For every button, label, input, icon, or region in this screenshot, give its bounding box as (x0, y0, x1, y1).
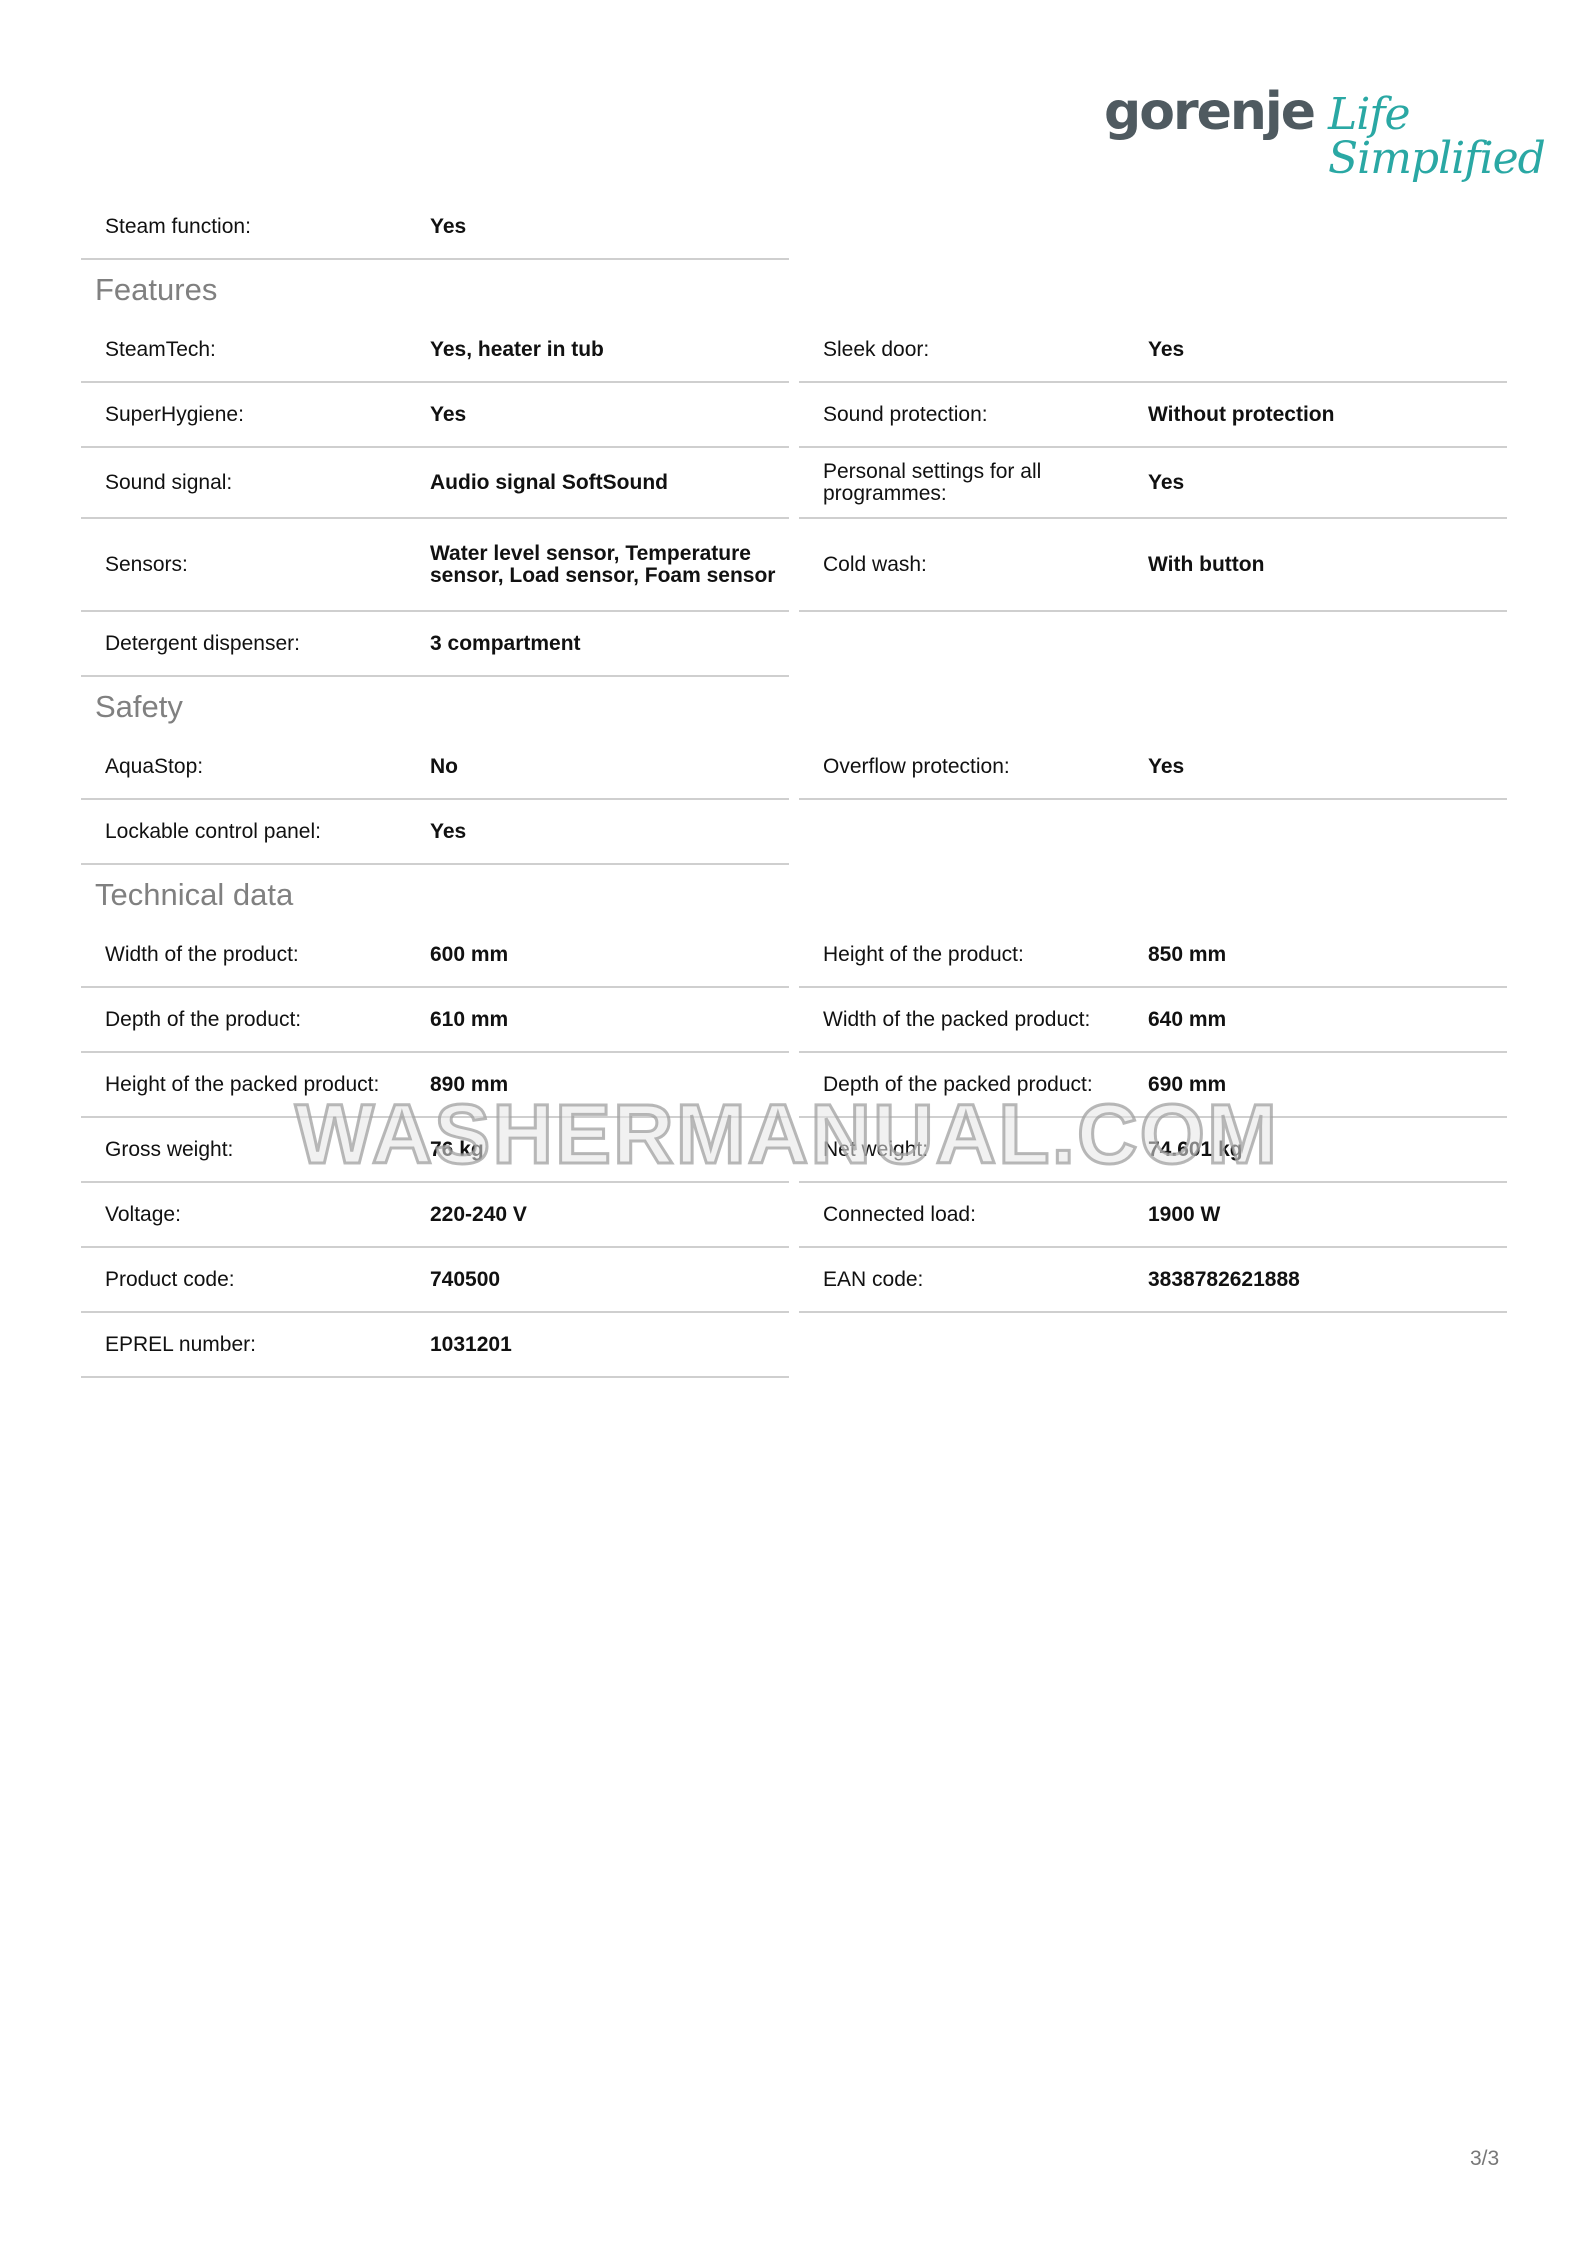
spec-row: Height of the product: 850 mm (799, 923, 1507, 988)
spec-row-empty (799, 612, 1507, 677)
spec-value: Yes (1148, 472, 1507, 494)
spec-label: EAN code: (799, 1269, 1148, 1291)
section-title-technical: Technical data (81, 867, 1507, 923)
spec-row: Depth of the product: 610 mm (81, 988, 789, 1053)
spec-row: Lockable control panel: Yes (81, 800, 789, 865)
spec-value: 220-240 V (430, 1204, 789, 1226)
spec-row: EPREL number: 1031201 (81, 1313, 789, 1378)
spec-row: Height of the packed product: 890 mm (81, 1053, 789, 1118)
spec-value: Yes (1148, 339, 1507, 361)
spec-row: Personal settings for all programmes: Ye… (799, 448, 1507, 519)
spec-row: Width of the packed product: 640 mm (799, 988, 1507, 1053)
spec-row: SuperHygiene: Yes (81, 383, 789, 448)
spec-value: 76 kg (430, 1139, 789, 1161)
spec-row: Sound signal: Audio signal SoftSound (81, 448, 789, 519)
spec-sheet: Steam function: Yes Features SteamTech: … (81, 195, 1507, 1378)
spec-label: Height of the product: (799, 944, 1148, 966)
features-grid: SteamTech: Yes, heater in tub Sleek door… (81, 318, 1507, 677)
spec-label: Connected load: (799, 1204, 1148, 1226)
gorenje-logo: gorenje Life Simplified (1104, 86, 1587, 181)
spec-row: Product code: 740500 (81, 1248, 789, 1313)
safety-grid: AquaStop: No Overflow protection: Yes Lo… (81, 735, 1507, 865)
spec-row: Detergent dispenser: 3 compartment (81, 612, 789, 677)
spec-value: Yes, heater in tub (430, 339, 789, 361)
spec-value: 690 mm (1148, 1074, 1507, 1096)
spec-label: Height of the packed product: (81, 1074, 430, 1096)
spec-row: Sleek door: Yes (799, 318, 1507, 383)
spec-row: Overflow protection: Yes (799, 735, 1507, 800)
spec-value: 3838782621888 (1148, 1269, 1507, 1291)
spec-row-empty (799, 1313, 1507, 1378)
spec-label: Cold wash: (799, 554, 1148, 576)
spec-value: Yes (430, 821, 789, 843)
spec-row: Steam function: Yes (81, 195, 789, 260)
spec-label: Personal settings for all programmes: (799, 461, 1148, 505)
spec-value: No (430, 756, 789, 778)
spec-row: Voltage: 220-240 V (81, 1183, 789, 1248)
spec-row: Width of the product: 600 mm (81, 923, 789, 988)
spec-label: EPREL number: (81, 1334, 430, 1356)
spec-value: 1031201 (430, 1334, 789, 1356)
section-title-safety: Safety (81, 679, 1507, 735)
spec-label: Sound signal: (81, 472, 430, 494)
spec-row: Sensors: Water level sensor, Temperature… (81, 519, 789, 612)
spec-label: Product code: (81, 1269, 430, 1291)
spec-value: 74.601 kg (1148, 1139, 1507, 1161)
spec-row-empty (799, 195, 1507, 260)
brand-slogan: Life Simplified (1328, 93, 1587, 181)
spec-label: Sensors: (81, 554, 430, 576)
spec-label: Width of the packed product: (799, 1009, 1148, 1031)
spec-value: 850 mm (1148, 944, 1507, 966)
spec-value: Yes (1148, 756, 1507, 778)
spec-value: 600 mm (430, 944, 789, 966)
spec-label: Net weight: (799, 1139, 1148, 1161)
spec-value: Yes (430, 216, 789, 238)
spec-label: Gross weight: (81, 1139, 430, 1161)
spec-value: 1900 W (1148, 1204, 1507, 1226)
spec-value: 3 compartment (430, 633, 789, 655)
spec-label: Lockable control panel: (81, 821, 430, 843)
spec-value: 890 mm (430, 1074, 789, 1096)
steam-rows: Steam function: Yes (81, 195, 1507, 260)
spec-row: Sound protection: Without protection (799, 383, 1507, 448)
spec-row: Gross weight: 76 kg (81, 1118, 789, 1183)
spec-value: 610 mm (430, 1009, 789, 1031)
spec-label: Detergent dispenser: (81, 633, 430, 655)
spec-row: EAN code: 3838782621888 (799, 1248, 1507, 1313)
spec-row: Net weight: 74.601 kg (799, 1118, 1507, 1183)
page-number: 3/3 (1470, 2147, 1499, 2171)
spec-row: SteamTech: Yes, heater in tub (81, 318, 789, 383)
spec-label: Width of the product: (81, 944, 430, 966)
spec-label: Overflow protection: (799, 756, 1148, 778)
brand-name: gorenje (1104, 86, 1314, 138)
section-title-features: Features (81, 262, 1507, 318)
spec-value: 740500 (430, 1269, 789, 1291)
spec-label: Sound protection: (799, 404, 1148, 426)
spec-row: Connected load: 1900 W (799, 1183, 1507, 1248)
spec-value: With button (1148, 554, 1507, 576)
spec-value: Audio signal SoftSound (430, 472, 789, 494)
spec-row-empty (799, 800, 1507, 865)
spec-value: Without protection (1148, 404, 1507, 426)
spec-value: Yes (430, 404, 789, 426)
technical-grid: Width of the product: 600 mm Height of t… (81, 923, 1507, 1378)
spec-label: SteamTech: (81, 339, 430, 361)
spec-label: Depth of the packed product: (799, 1074, 1148, 1096)
spec-label: AquaStop: (81, 756, 430, 778)
spec-row: Depth of the packed product: 690 mm (799, 1053, 1507, 1118)
spec-label: Depth of the product: (81, 1009, 430, 1031)
spec-label: Voltage: (81, 1204, 430, 1226)
spec-label: Sleek door: (799, 339, 1148, 361)
spec-label: SuperHygiene: (81, 404, 430, 426)
spec-row: AquaStop: No (81, 735, 789, 800)
spec-value: Water level sensor, Temperature sensor, … (430, 543, 789, 587)
spec-value: 640 mm (1148, 1009, 1507, 1031)
spec-label: Steam function: (81, 216, 430, 238)
spec-row: Cold wash: With button (799, 519, 1507, 612)
